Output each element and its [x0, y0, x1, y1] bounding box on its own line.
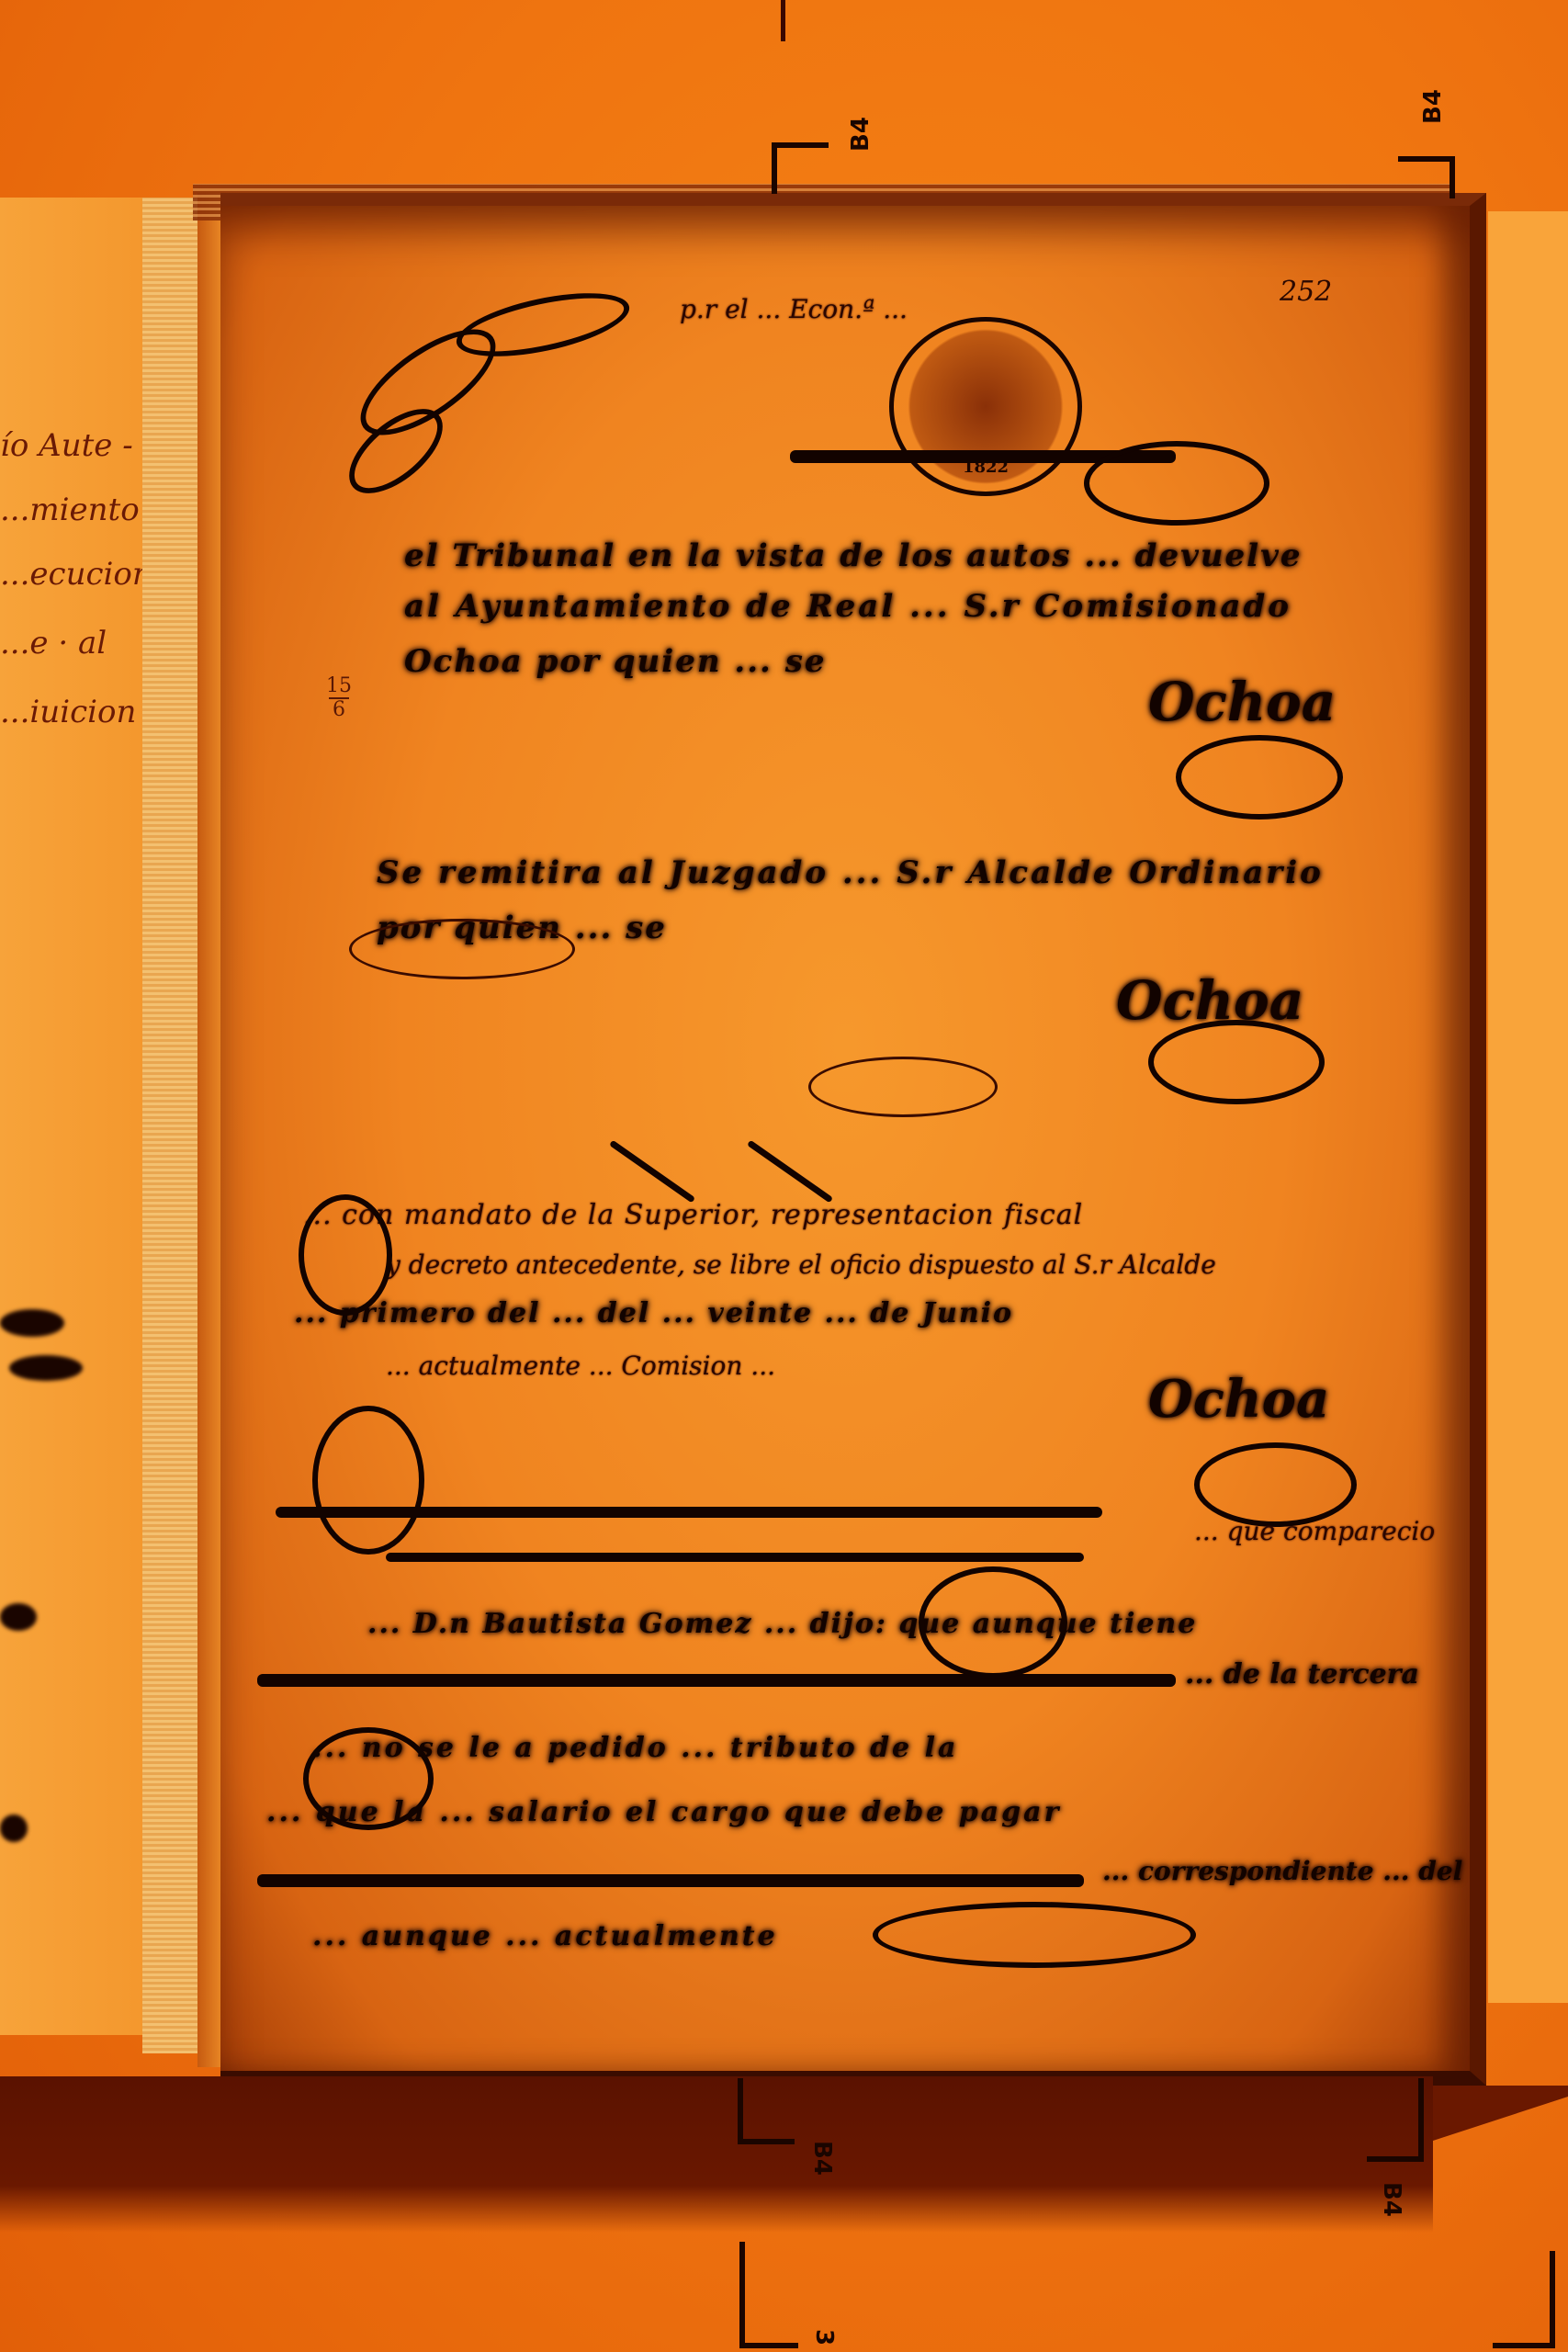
- paragraph-4-line: ... que comparecio: [1194, 1516, 1435, 1546]
- paragraph-1-line: Ochoa por quien ... se: [404, 643, 827, 680]
- book-binding: [142, 198, 197, 2053]
- paragraph-4-line: ... de la tercera: [1185, 1658, 1419, 1690]
- crop-mark-bottom-right: [1367, 2078, 1424, 2162]
- paragraph-2-line: Se remitira al Juzgado ... S.r Alcalde O…: [377, 854, 1324, 891]
- crop-label: B4: [847, 117, 874, 152]
- signature-rubric: [873, 1902, 1196, 1968]
- paragraph-1-line: al Ayuntamiento de Real ... S.r Comision…: [404, 588, 1292, 625]
- crossed-out-line: [257, 1874, 1084, 1887]
- paragraph-4-line: ... aunque ... actualmente: [312, 1920, 778, 1952]
- signature: Ochoa: [1148, 671, 1336, 733]
- paragraph-4-line: ... correspondiente ... del: [1102, 1856, 1462, 1886]
- margin-flourish: [303, 1727, 434, 1830]
- backing-board: [1488, 211, 1568, 2003]
- crop-mark-top-right: [1398, 156, 1455, 198]
- rubric-flourish: [1084, 441, 1269, 526]
- registration-tick: [781, 0, 785, 41]
- crop-label: B4: [1419, 89, 1447, 124]
- signature-rubric: [1194, 1442, 1357, 1527]
- crop-mark-top-left: [772, 142, 829, 194]
- crop-label: B4: [1378, 2182, 1405, 2217]
- crossed-out-line: [386, 1553, 1084, 1562]
- left-page-text-line: ...e · al: [0, 625, 107, 661]
- ink-bleed: [0, 1309, 64, 1337]
- signature: Ochoa: [1148, 1369, 1329, 1430]
- marginal-fraction: 15 6: [326, 675, 352, 721]
- paragraph-3-line: y decreto antecedente, se libre el ofici…: [386, 1249, 1216, 1280]
- paragraph-4-line: ... D.n Bautista Gomez ... dijo: que aun…: [367, 1608, 1197, 1640]
- bleed-through-flourish: [919, 1566, 1067, 1679]
- bleed-through-flourish: [808, 1057, 998, 1117]
- left-page-text-line: ío Aute -: [0, 427, 133, 464]
- folio-number: 252: [1280, 276, 1332, 308]
- header-line: p.r el ... Econ.ª ...: [680, 294, 908, 324]
- official-seal: 1822: [889, 317, 1082, 496]
- paragraph-3-line: ... con mandato de la Superior, represen…: [303, 1199, 1083, 1231]
- fraction-denominator: 6: [333, 698, 345, 721]
- paragraph-1-line: el Tribunal en la vista de los autos ...…: [404, 537, 1302, 574]
- signature-rubric: [1176, 735, 1343, 820]
- crop-label: B4: [808, 2141, 836, 2176]
- crop-mark-bottom-left: [738, 2078, 795, 2144]
- left-page-text-line: ...miento: [0, 492, 140, 528]
- margin-flourish: [299, 1194, 392, 1316]
- signature-rubric: [1148, 1020, 1325, 1104]
- fraction-numerator: 15: [326, 674, 352, 697]
- left-page-text-line: ...ecucion: [0, 556, 152, 593]
- scale-mark-right: [1493, 2251, 1555, 2348]
- crossed-out-line: [276, 1507, 1102, 1518]
- scale-mark-left: [739, 2242, 798, 2348]
- margin-flourish: [312, 1406, 424, 1555]
- left-page-text-line: ...iuicion .: [0, 694, 156, 730]
- ink-bleed: [9, 1355, 83, 1381]
- paragraph-3-line: ... actualmente ... Comision ...: [386, 1351, 775, 1381]
- crossed-out-line: [257, 1674, 1176, 1687]
- page-shadow: [0, 2076, 1433, 2233]
- ink-bleed: [0, 1815, 28, 1842]
- scale-label: 3: [810, 2329, 838, 2346]
- ink-bleed: [0, 1603, 37, 1631]
- paragraph-3-line: ... primero del ... del ... veinte ... d…: [294, 1297, 1013, 1329]
- bleed-through-flourish: [349, 919, 575, 979]
